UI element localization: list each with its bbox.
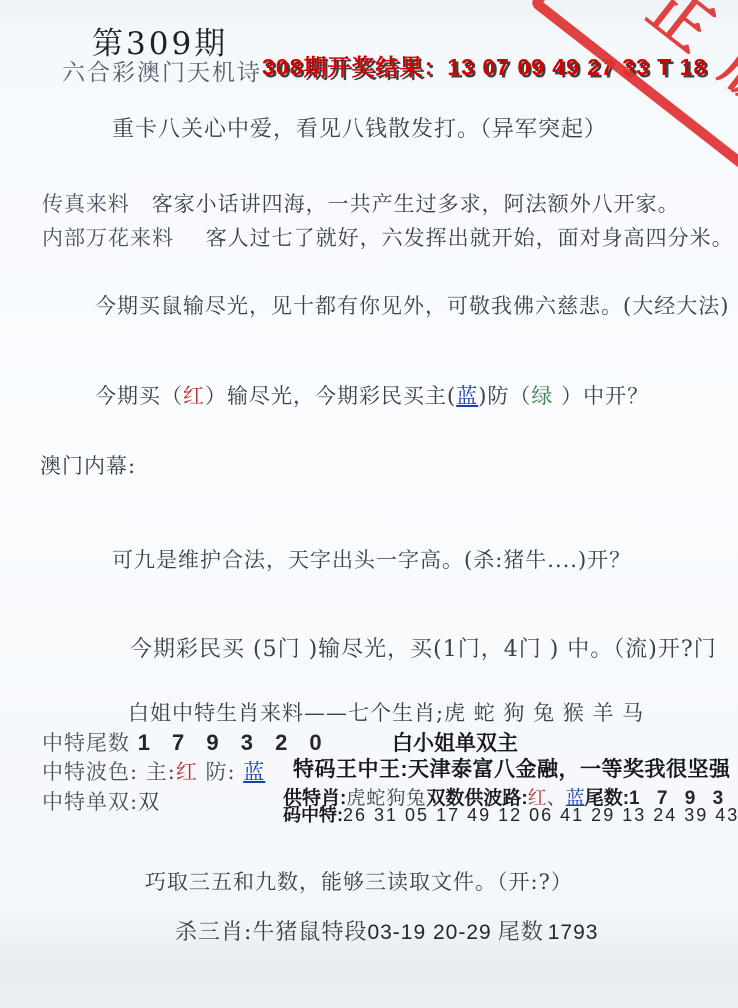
codes-label: 码中特: [283,805,343,825]
stamp-label: 正版 [607,0,738,145]
tail-numbers-row: 中特尾数 1 7 9 3 2 0 [42,727,330,757]
kill-zodiac-label: 杀三肖: [175,920,252,945]
wave-color-row: 中特波色: 主:红 防: 蓝 [42,756,265,786]
parity-value: 双 [138,790,160,814]
fax-tip-label: 传真来料 [42,192,130,216]
color-poem: 今期买（红）输尽光，今期彩民买主(蓝)防（绿 ）中开？ [95,380,649,410]
color-red: 红 [183,384,205,408]
fax-tip-line: 传真来料 客家小话讲四海，一共产生过多求，阿法额外八开家。 [42,188,680,218]
color-poem-part4: ）中开？ [553,384,649,408]
kill-zodiac-value: 牛猪鼠 [252,920,321,945]
segment-label: 特段 [321,920,367,945]
baijie-zodiac-line: 白姐中特生肖来料——七个生肖;虎 蛇 狗 兔 猴 羊 马 [128,697,644,727]
parity-row: 中特单双:双 [42,786,160,816]
insider-poem: 可九是维护合法，天字出头一字高。(杀:猪牛....)开？ [112,544,631,574]
color-green: 绿 [531,384,553,408]
wave-color-blue: 蓝 [243,760,265,784]
wave-color-red: 红 [176,760,198,784]
opening-poem: 重卡八关心中爱，看见八钱散发打。（异军突起） [112,112,607,143]
insider-heading: 澳门内幕: [40,450,136,480]
tail-numbers-label: 中特尾数 [42,731,130,755]
clever-poem: 巧取三五和九数，能够三读取文件。（开:?） [145,866,573,896]
door-poem: 今期彩民买 (5门 )输尽光，买(1门，4门 ) 中。（流)开?门 [130,632,717,663]
internal-tip-label: 内部万花来料 [42,226,174,250]
parity-label: 中特单双: [42,790,138,814]
color-blue: 蓝 [456,384,478,408]
tail-numbers-value: 1 7 9 3 2 0 [138,730,330,755]
internal-tip-text: 客人过七了就好，六发挥出就开始，面对身高四分米。 [206,226,734,250]
footer-tail-label: 尾数 [498,920,544,945]
page-subtitle: 六合彩澳门天机诗 [62,54,262,87]
segment-value: 03-19 20-29 [367,921,491,944]
color-poem-part2: ）输尽光，今期彩民买主( [205,384,456,408]
authentic-stamp: 正版 [529,0,738,220]
zodiac-poem: 今期买鼠输尽光，见十都有你见外，可敬我佛六慈悲。(大经大法) [95,290,729,320]
color-poem-part1: 今期买（ [95,384,183,408]
king-line: 特码王中王:天津泰富八金融，一等奖我很坚强 [293,753,731,783]
wave-color-mid: 防: [198,760,243,784]
lottery-tip-sheet: 第309期 六合彩澳门天机诗 308期开奖结果：13 07 09 49 27 3… [0,0,738,1008]
fax-tip-text: 客家小话讲四海，一共产生过多求，阿法额外八开家。 [152,192,680,216]
internal-tip-line: 内部万花来料 客人过七了就好，六发挥出就开始，面对身高四分米。 [42,222,734,252]
codes-value: 26 31 05 17 49 12 06 41 29 13 24 39 43 1… [343,805,738,825]
footer-tail-value: 1793 [548,921,599,944]
wave-color-label: 中特波色: 主: [42,760,176,784]
kill-zodiac-row: 杀三肖:牛猪鼠特段03-19 20-29尾数1793 [175,915,598,946]
color-poem-part3: )防（ [478,384,531,408]
codes-row: 码中特:26 31 05 17 49 12 06 41 29 13 24 39 … [283,801,738,827]
